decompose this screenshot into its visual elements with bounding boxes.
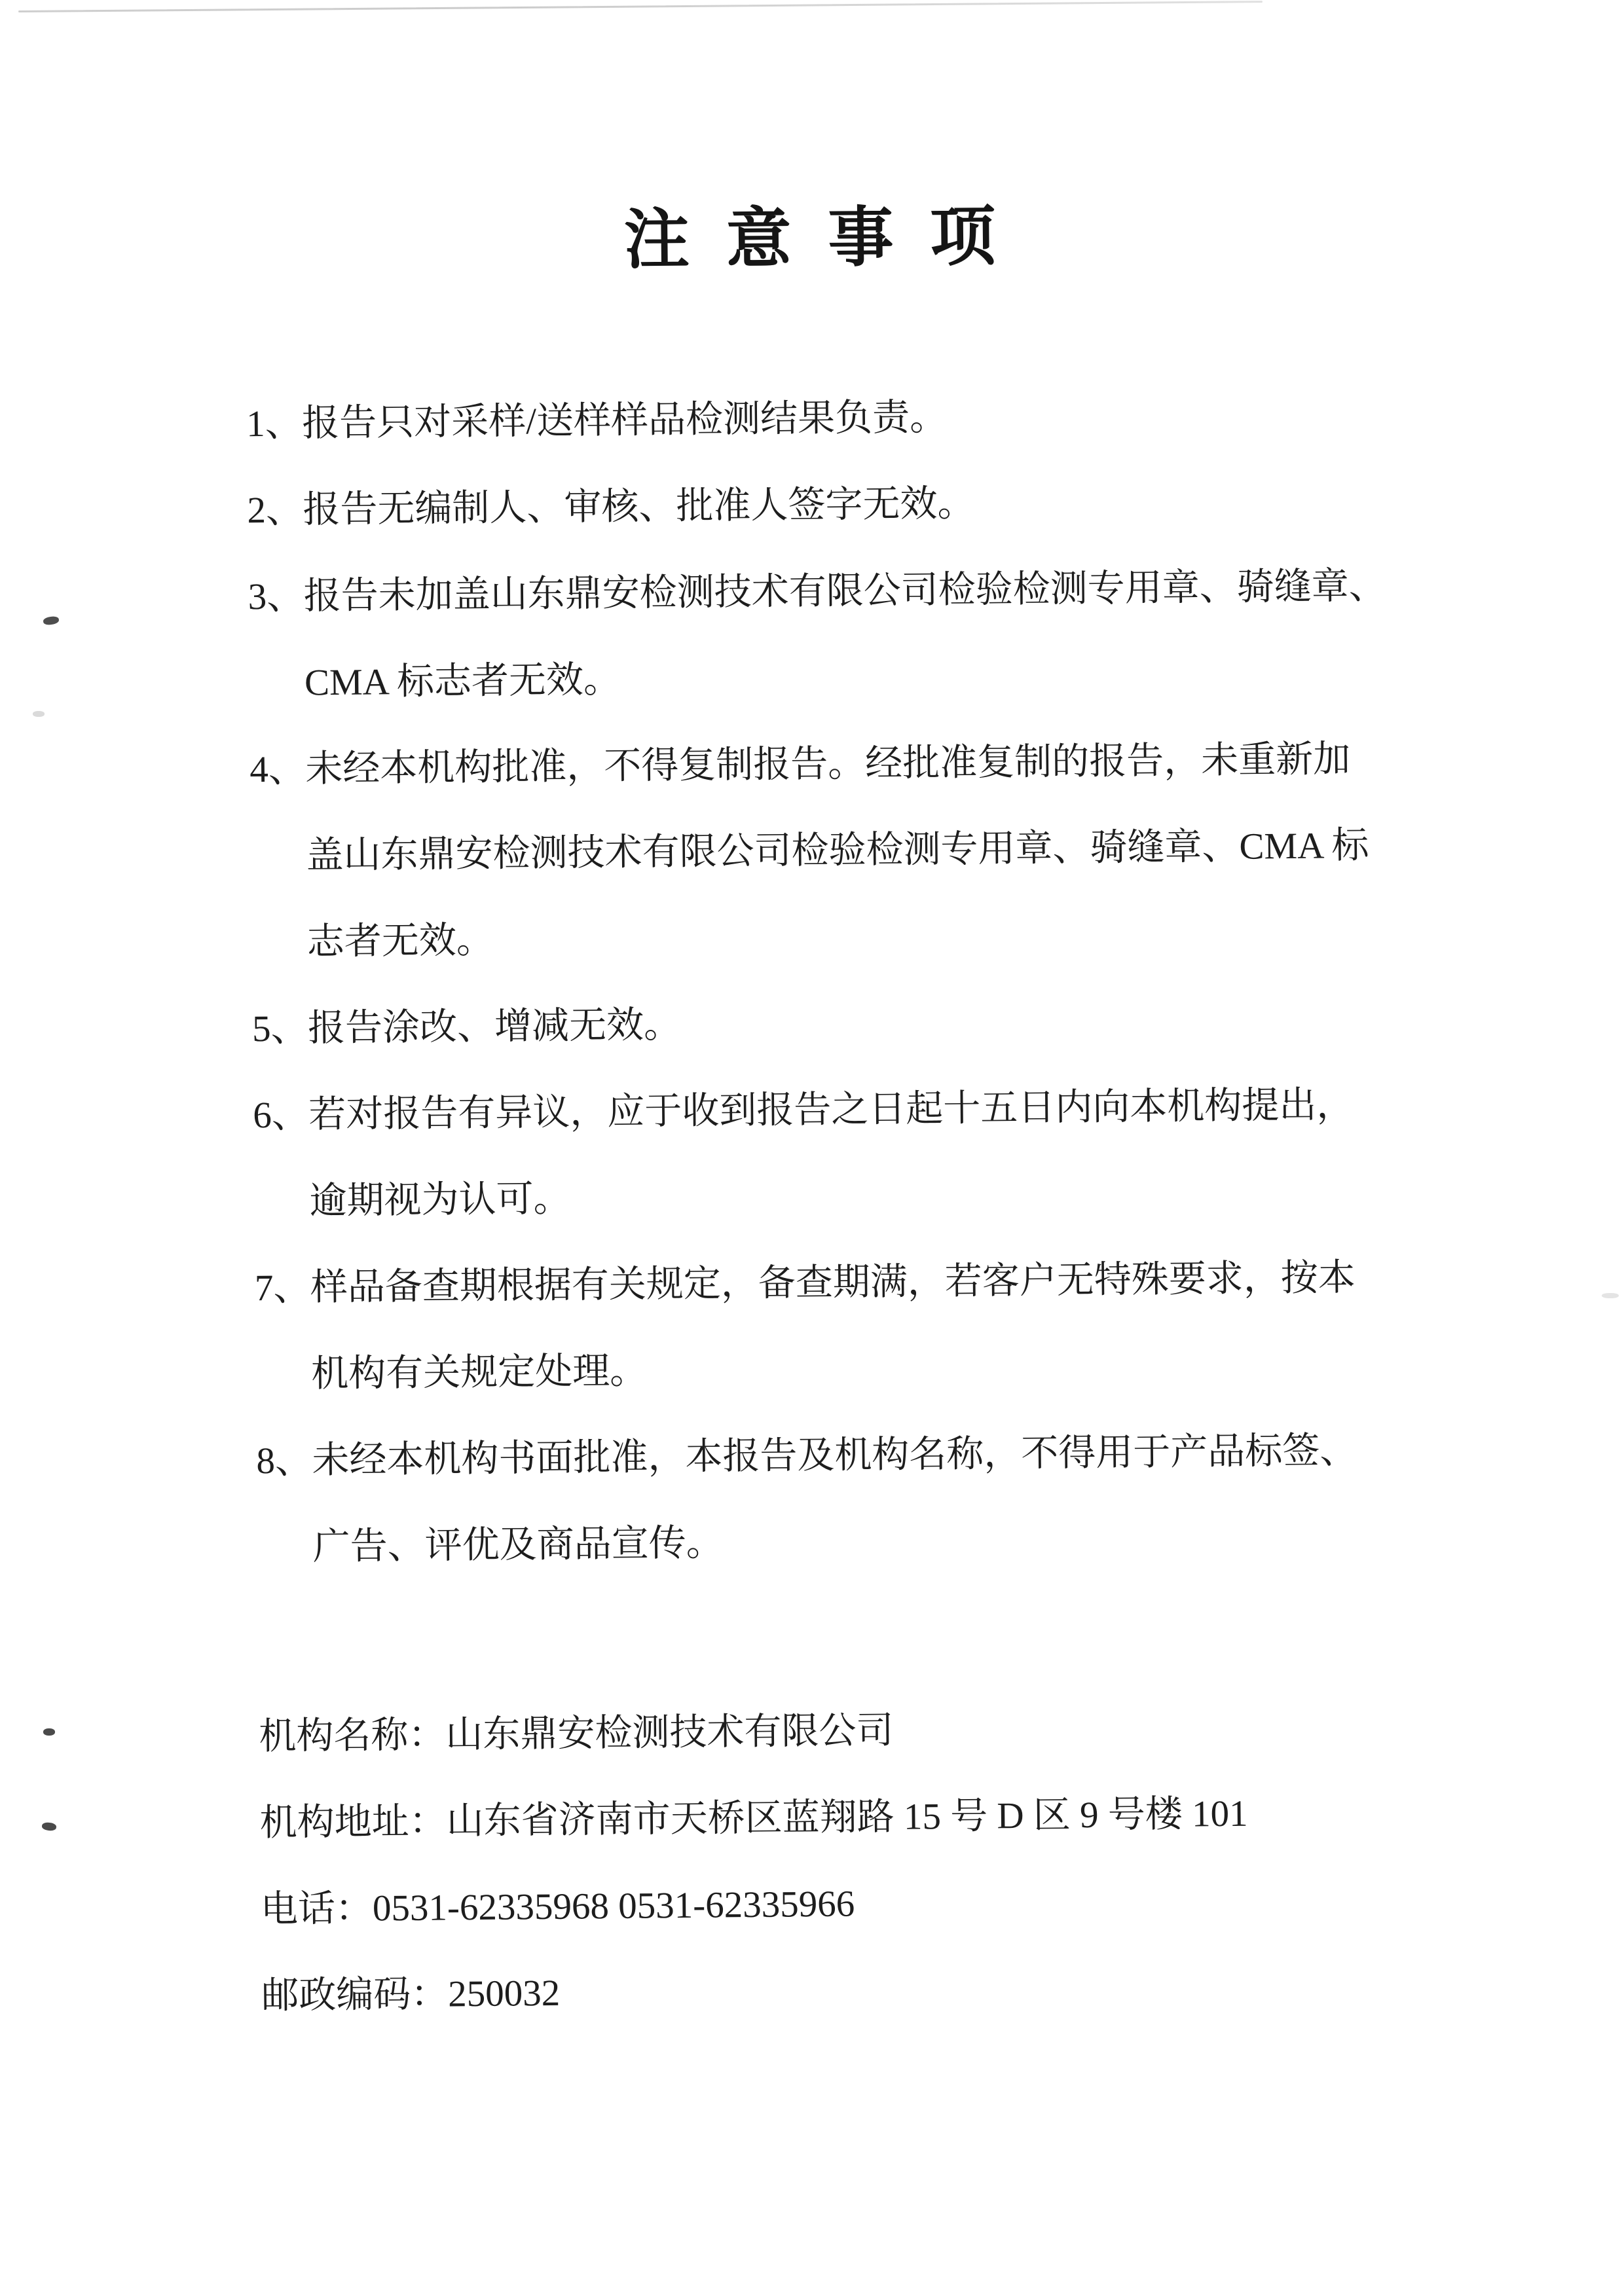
item-number: 1、 [246, 380, 303, 467]
notice-item-4-line-2: 盖山东鼎安检测技术有限公司检验检测专用章、骑缝章、CMA 标 [250, 802, 1443, 900]
item-text: 广告、评优及商品宣传。 [312, 1522, 724, 1567]
org-info-row: 邮政编码：250032 [261, 1942, 1454, 2039]
item-text: 报告只对采样/送样样品检测结果负责。 [302, 397, 947, 444]
item-text: CMA 标志者无效。 [304, 659, 621, 704]
item-text: 报告未加盖山东鼎安检测技术有限公司检验检测专用章、骑缝章、 [303, 566, 1386, 617]
org-info-label: 机构地址： [259, 1800, 447, 1844]
notice-item-7-line-1: 7、样品备查期根据有关规定，备查期满，若客户无特殊要求，按本 [254, 1234, 1447, 1332]
org-info-label: 邮政编码： [261, 1973, 449, 2016]
notice-item-8-line-2: 广告、评优及商品宣传。 [257, 1493, 1449, 1591]
notice-item-4-line-3: 志者无效。 [251, 888, 1443, 986]
org-info-label: 机构名称： [259, 1714, 446, 1757]
org-info: 机构名称：山东鼎安检测技术有限公司机构地址：山东省济南市天桥区蓝翔路 15 号 … [259, 1683, 1454, 2039]
notice-list: 1、报告只对采样/送样样品检测结果负责。2、报告无编制人、审核、批准人签字无效。… [246, 370, 1450, 1591]
item-text: 未经本机构书面批准，本报告及机构名称，不得用于产品标签、 [312, 1430, 1357, 1481]
scanned-page: { "page": { "title": "注 意 事 项" }, "notic… [0, 0, 1624, 2296]
item-text: 志者无效。 [307, 920, 494, 963]
org-info-row: 机构地址：山东省济南市天桥区蓝翔路 15 号 D 区 9 号楼 101 [259, 1769, 1452, 1867]
item-number: 8、 [256, 1417, 312, 1504]
item-number: 7、 [254, 1245, 310, 1332]
item-text: 逾期视为认可。 [309, 1178, 571, 1222]
item-number: 3、 [248, 553, 304, 640]
notice-item-2-line-1: 2、报告无编制人、审核、批准人签字无效。 [247, 456, 1439, 554]
document-page: 注 意 事 项 1、报告只对采样/送样样品检测结果负责。2、报告无编制人、审核、… [0, 0, 1624, 2296]
item-text: 样品备查期根据有关规定，备查期满，若客户无特殊要求，按本 [310, 1257, 1356, 1308]
org-info-label: 电话： [261, 1888, 373, 1931]
org-info-value: 山东省济南市天桥区蓝翔路 15 号 D 区 9 号楼 101 [446, 1793, 1247, 1842]
item-text: 报告无编制人、审核、批准人签字无效。 [303, 483, 975, 531]
item-text: 盖山东鼎安检测技术有限公司检验检测专用章、骑缝章、CMA 标 [306, 825, 1369, 877]
item-text: 报告涂改、增减无效。 [308, 1004, 682, 1049]
org-info-value: 0531-62335968 0531-62335966 [373, 1883, 855, 1929]
org-info-value: 山东鼎安检测技术有限公司 [445, 1710, 894, 1756]
notice-item-3-line-1: 3、报告未加盖山东鼎安检测技术有限公司检验检测专用章、骑缝章、 [248, 543, 1440, 640]
notice-item-4-line-1: 4、未经本机构批准，不得复制报告。经批准复制的报告，未重新加 [249, 716, 1442, 813]
page-title: 注 意 事 项 [2, 193, 1624, 284]
org-info-row: 电话：0531-62335968 0531-62335966 [260, 1855, 1452, 1953]
notice-item-1-line-1: 1、报告只对采样/送样样品检测结果负责。 [246, 370, 1439, 467]
notice-item-7-line-2: 机构有关规定处理。 [255, 1321, 1448, 1418]
item-number: 6、 [253, 1072, 309, 1159]
item-number: 2、 [247, 467, 303, 554]
notice-item-8-line-1: 8、未经本机构书面批准，本报告及机构名称，不得用于产品标签、 [256, 1407, 1449, 1504]
org-info-value: 250032 [448, 1973, 561, 2015]
item-text: 机构有关规定处理。 [311, 1350, 648, 1394]
org-info-row: 机构名称：山东鼎安检测技术有限公司 [259, 1683, 1451, 1780]
notice-item-6-line-1: 6、若对报告有异议，应于收到报告之日起十五日内向本机构提出， [253, 1061, 1445, 1159]
item-text: 未经本机构批准，不得复制报告。经批准复制的报告，未重新加 [305, 738, 1351, 790]
notice-item-3-line-2: CMA 标志者无效。 [248, 629, 1441, 727]
item-number: 4、 [249, 726, 306, 813]
item-number: 5、 [251, 985, 308, 1072]
notice-item-6-line-2: 逾期视为认可。 [253, 1148, 1446, 1245]
notice-item-5-line-1: 5、报告涂改、增减无效。 [251, 975, 1444, 1072]
item-text: 若对报告有异议，应于收到报告之日起十五日内向本机构提出， [308, 1084, 1354, 1135]
